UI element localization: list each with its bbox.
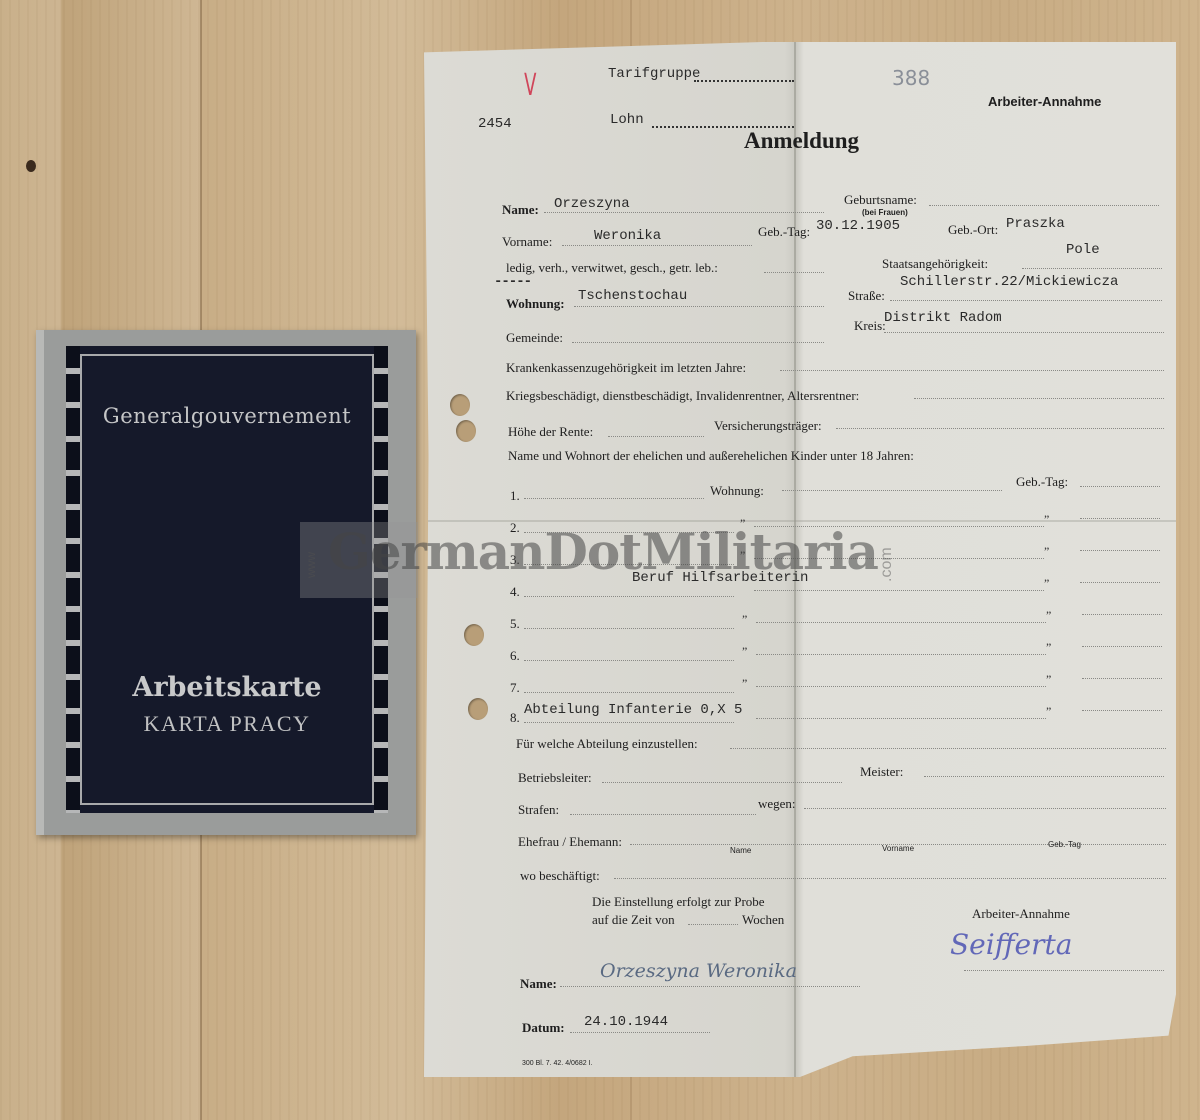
gemeinde-label: Gemeinde:	[506, 330, 563, 346]
strasse-label: Straße:	[848, 288, 885, 304]
geb-tag-value[interactable]: 30.12.1905	[816, 218, 900, 234]
familienstand-dots	[764, 272, 824, 273]
punch-hole	[468, 698, 488, 720]
strasse-dots	[890, 300, 1162, 301]
child-row-num: 7.	[510, 680, 520, 696]
datum-dots	[570, 1032, 710, 1033]
red-check-mark: V	[524, 68, 536, 103]
staatsangehoerigkeit-label: Staatsangehörigkeit:	[882, 256, 988, 272]
abteilung-label: Für welche Abteilung einzustellen:	[516, 736, 698, 752]
staats-dots	[1022, 268, 1162, 269]
tarifgruppe-dots	[694, 80, 794, 82]
rente-dots[interactable]	[608, 436, 704, 437]
stamp-signature: Seifferta	[950, 928, 1072, 961]
beschaedigt-label: Kriegsbeschädigt, dienstbeschädigt, Inva…	[506, 388, 859, 404]
child-row-dots[interactable]	[1082, 710, 1162, 711]
watermark-prefix: www	[304, 552, 318, 578]
kreis-dots	[884, 332, 1164, 333]
pencil-number: 388	[892, 66, 930, 90]
punch-hole	[456, 420, 476, 442]
wohnung-value[interactable]: Tschenstochau	[578, 288, 687, 304]
booklet-issuer: Generalgouvernement	[68, 404, 386, 428]
annahme-label: Arbeiter-Annahme	[972, 906, 1070, 922]
watermark: www GermanDotMilitaria .com	[300, 522, 900, 598]
krankenkasse-dots[interactable]	[780, 370, 1164, 371]
versicherung-dots[interactable]	[836, 428, 1164, 429]
child-row-num: 8.	[510, 710, 520, 726]
wo-beschaeftigt-label: wo beschäftigt:	[520, 868, 600, 884]
versicherung-label: Versicherungsträger:	[714, 418, 822, 434]
ditto-mark: ”	[742, 676, 747, 691]
strasse-value[interactable]: Schillerstr.22/Mickiewicza	[900, 274, 1118, 290]
name-label: Name:	[502, 202, 539, 218]
punch-hole	[464, 624, 484, 646]
child-row-dots[interactable]	[524, 628, 734, 629]
strafen-dots[interactable]	[570, 814, 756, 815]
ditto-mark: ”	[1044, 544, 1049, 559]
children-wohnung-label: Wohnung:	[710, 483, 764, 499]
name-dots	[544, 212, 824, 213]
beschaedigt-dots[interactable]	[914, 398, 1164, 399]
ditto-mark: ”	[742, 612, 747, 627]
watermark-text: GermanDotMilitaria	[328, 522, 878, 581]
child-row-dots[interactable]	[1080, 550, 1160, 551]
betriebsleiter-dots[interactable]	[602, 782, 842, 783]
sign-name-dots	[560, 986, 860, 987]
ditto-mark: ”	[1044, 512, 1049, 527]
child-row-value[interactable]: Abteilung Infanterie 0,X 5	[524, 702, 742, 718]
child-row-dots[interactable]	[1080, 518, 1160, 519]
datum-label: Datum:	[522, 1020, 565, 1036]
child-row-dots[interactable]	[524, 660, 734, 661]
probe-line2a: auf die Zeit von	[592, 912, 675, 928]
abteilung-dots[interactable]	[730, 748, 1166, 749]
wohnung-dots	[574, 306, 824, 307]
corner-number: 2454	[478, 116, 512, 132]
ditto-mark: ”	[1044, 576, 1049, 591]
child-row-dots[interactable]	[1082, 646, 1162, 647]
children-heading: Name und Wohnort der ehelichen und außer…	[508, 448, 914, 464]
child-row-dots[interactable]	[782, 490, 1002, 491]
wegen-label: wegen:	[758, 796, 796, 812]
ditto-mark: ”	[742, 644, 747, 659]
booklet-title-de: Arbeitskarte	[68, 672, 386, 703]
child-row-dots[interactable]	[756, 622, 1046, 623]
vorname-value[interactable]: Weronika	[594, 228, 661, 244]
staatsangehoerigkeit-value[interactable]: Pole	[1066, 242, 1100, 258]
krankenkasse-label: Krankenkassenzugehörigkeit im letzten Ja…	[506, 360, 746, 376]
child-row-dots[interactable]	[1082, 678, 1162, 679]
ditto-mark: ”	[1046, 672, 1051, 687]
geb-tag-label: Geb.-Tag:	[758, 224, 810, 240]
wo-beschaeftigt-dots[interactable]	[614, 878, 1166, 879]
ditto-mark: ”	[1046, 704, 1051, 719]
lohn-label: Lohn	[610, 112, 644, 128]
familienstand-value[interactable]: -----	[494, 274, 531, 290]
sign-name-value[interactable]: Orzeszyna Weronika	[600, 960, 797, 982]
geburtsname-dots[interactable]	[929, 205, 1159, 206]
watermark-suffix: .com	[878, 547, 896, 582]
geb-ort-value[interactable]: Praszka	[1006, 216, 1065, 232]
child-row-dots[interactable]	[756, 654, 1046, 655]
child-row-dots[interactable]	[756, 686, 1046, 687]
print-code: 300 Bl. 7. 42. 4/0682 I.	[522, 1060, 592, 1067]
punch-hole	[450, 394, 470, 416]
kreis-value[interactable]: Distrikt Radom	[884, 310, 1002, 326]
child-row-dots[interactable]	[756, 718, 1046, 719]
name-value[interactable]: Orzeszyna	[554, 196, 630, 212]
probe-line2b: Wochen	[742, 912, 784, 928]
probe-weeks-dots[interactable]	[688, 924, 738, 925]
child-row-dots[interactable]	[1082, 614, 1162, 615]
wohnung-label: Wohnung:	[506, 296, 565, 312]
children-gebtag-label: Geb.-Tag:	[1016, 474, 1068, 490]
geb-ort-label: Geb.-Ort:	[948, 222, 998, 238]
vorname-dots	[562, 245, 752, 246]
probe-line1: Die Einstellung erfolgt zur Probe	[592, 894, 765, 910]
gemeinde-dots[interactable]	[572, 342, 824, 343]
booklet-title-pl: KARTA PRACY	[68, 711, 386, 737]
geburtsname-sublabel: (bei Frauen)	[862, 208, 908, 217]
ditto-mark: ”	[1046, 640, 1051, 655]
child-row-num: 1.	[510, 488, 520, 504]
child-row-dots[interactable]	[524, 498, 704, 499]
wegen-dots[interactable]	[804, 808, 1166, 809]
annahme-dots	[964, 970, 1164, 971]
child-row-num: 5.	[510, 616, 520, 632]
sign-name-label: Name:	[520, 976, 557, 992]
ehe-sub-name: Name	[730, 846, 751, 855]
ditto-mark: ”	[1046, 608, 1051, 623]
geburtsname-label: Geburtsname:	[844, 192, 917, 208]
tarifgruppe-label: Tarifgruppe	[608, 66, 700, 82]
child-row-dots[interactable]	[1080, 486, 1160, 487]
child-row-dots[interactable]	[524, 722, 734, 723]
ehe-sub-gebtag: Geb.-Tag	[1048, 840, 1081, 849]
vorname-label: Vorname:	[502, 234, 552, 250]
ehefrau-label: Ehefrau / Ehemann:	[518, 834, 622, 850]
kreis-label: Kreis:	[854, 318, 886, 334]
child-row-dots[interactable]	[1080, 582, 1160, 583]
child-row-num: 6.	[510, 648, 520, 664]
meister-label: Meister:	[860, 764, 903, 780]
child-row-dots[interactable]	[524, 692, 734, 693]
strafen-label: Strafen:	[518, 802, 559, 818]
header-arbeiter-annahme: Arbeiter-Annahme	[988, 94, 1101, 109]
meister-dots[interactable]	[924, 776, 1164, 777]
wood-knot	[26, 160, 36, 172]
betriebsleiter-label: Betriebsleiter:	[518, 770, 592, 786]
datum-value[interactable]: 24.10.1944	[584, 1014, 668, 1030]
familienstand-label: ledig, verh., verwitwet, gesch., getr. l…	[506, 260, 718, 276]
rente-label: Höhe der Rente:	[508, 424, 593, 440]
form-title: Anmeldung	[744, 128, 859, 154]
ehe-sub-vorname: Vorname	[882, 844, 914, 853]
